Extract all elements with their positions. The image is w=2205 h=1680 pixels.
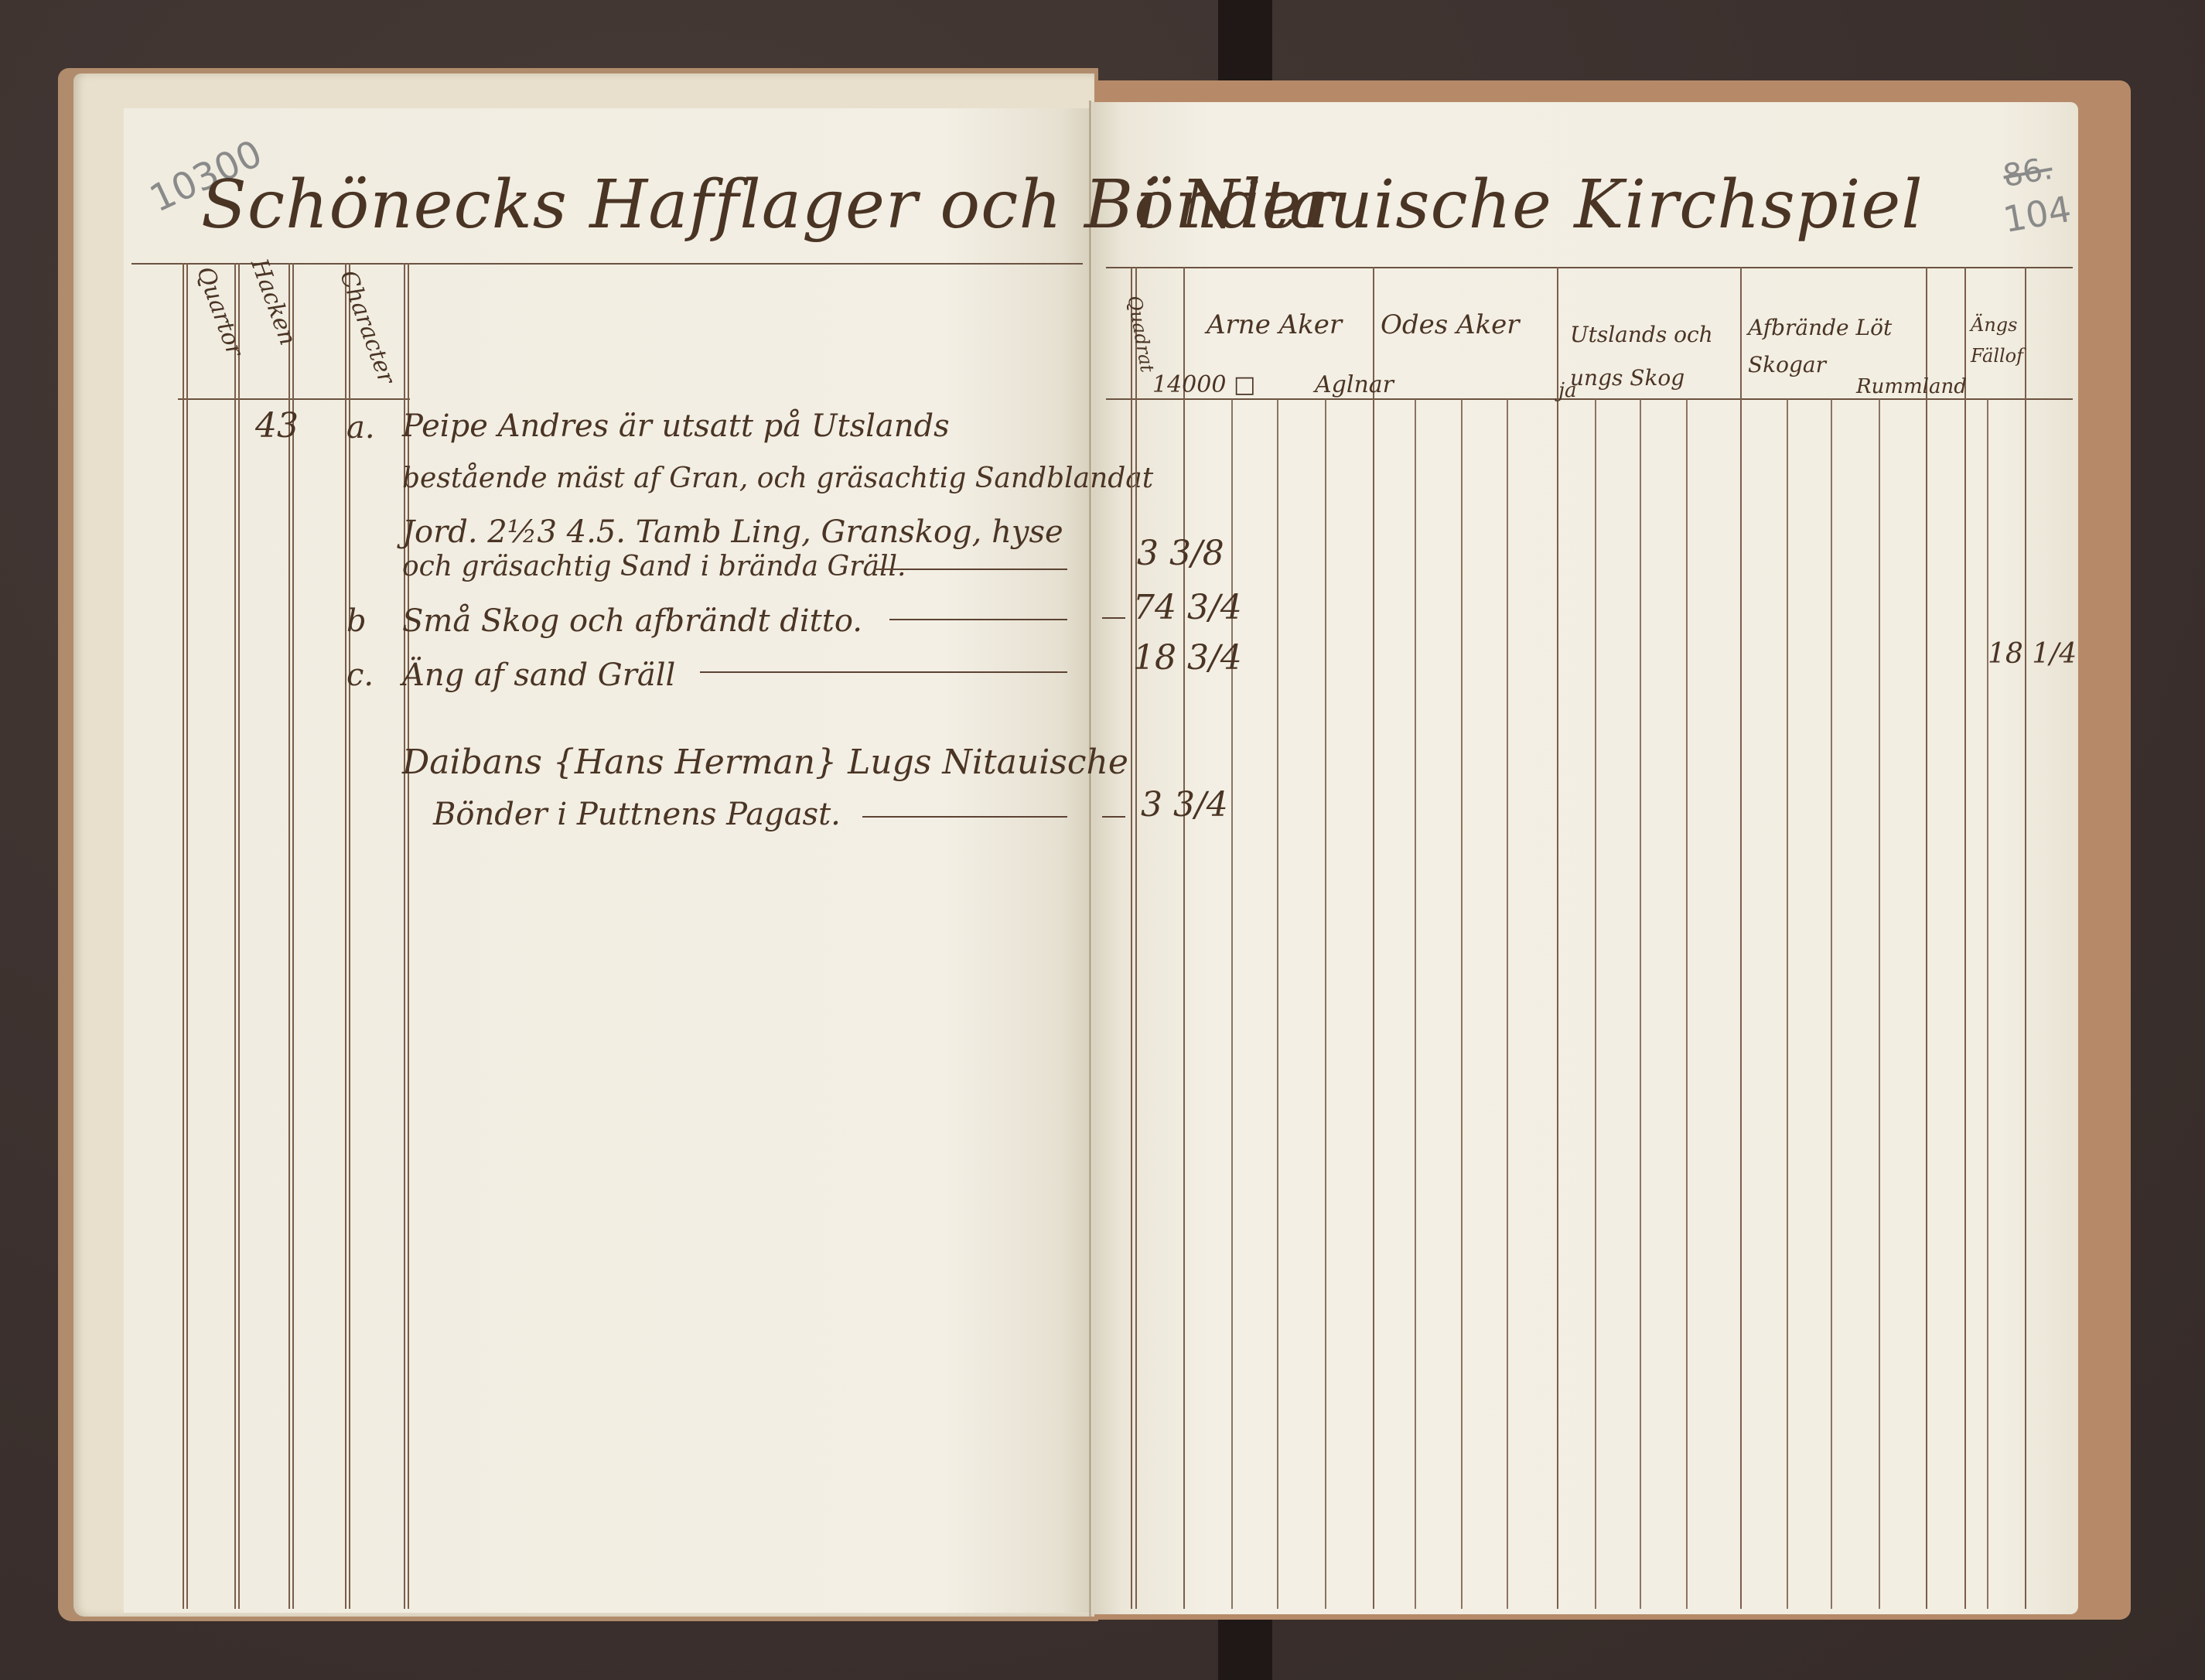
page-title-right: i Nitauische Kirchspiel: [1137, 166, 1923, 244]
value-quadrat-a: 3 3/8: [1137, 534, 1224, 573]
entry-c-rule: [700, 671, 1067, 673]
column-rule: [234, 263, 236, 1609]
entry-letter-c: c.: [346, 657, 374, 693]
column-subrule: [1461, 398, 1463, 1609]
column-subheader-ja: ja: [1558, 379, 1577, 402]
column-subrule: [1277, 398, 1278, 1609]
left-page: [124, 108, 1091, 1613]
value-quadrat-c: 18 3/4: [1133, 638, 1242, 678]
column-rule: [1183, 267, 1185, 1609]
entry-c-line-1: Äng af sand Gräll: [402, 657, 675, 693]
column-header-arne-aker: Arne Aker: [1207, 309, 1342, 340]
column-rule: [183, 263, 184, 1609]
entry-d-line-2: Bönder i Puttnens Pagast.: [433, 797, 841, 832]
entry-d-rule: [862, 816, 1067, 818]
column-header-angs: Ängs Fällof: [1971, 309, 2025, 371]
value-dash: [1102, 816, 1125, 818]
column-header-utslands: Utslands och ungs Skog: [1570, 313, 1740, 400]
book-gutter: [1089, 101, 1091, 1617]
column-rule: [2025, 267, 2026, 1609]
column-subrule: [1787, 398, 1788, 1609]
column-subrule: [1831, 398, 1832, 1609]
column-subrule: [1640, 398, 1641, 1609]
value-quadrat-b: 74 3/4: [1133, 588, 1242, 627]
column-rule: [292, 263, 294, 1609]
column-rule: [238, 263, 240, 1609]
column-rule: [1557, 267, 1558, 1609]
entry-letter-b: b: [346, 603, 367, 639]
column-header-odes-aker: Odes Aker: [1381, 309, 1520, 340]
column-subheader-rummland: Rummland: [1856, 375, 1967, 398]
entry-a-line-1: Peipe Andres är utsatt på Utslands: [402, 408, 950, 444]
binding-strip-top: [1218, 0, 1272, 85]
entry-a-line-4: och gräsachtig Sand i brända Gräll.: [402, 551, 906, 582]
header-rule-bottom-left: [178, 398, 410, 400]
column-subrule: [1987, 398, 1988, 1609]
column-subrule: [1686, 398, 1688, 1609]
column-rule: [345, 263, 346, 1609]
value-quadrat-daibans: 3 3/4: [1141, 785, 1228, 825]
column-subrule: [1879, 398, 1880, 1609]
column-rule: [288, 263, 290, 1609]
entry-d-line-1: Daibans {Hans Herman} Lugs Nitauische: [402, 743, 1128, 782]
column-subheader-quadrat: 14000 □: [1152, 371, 1255, 398]
column-subrule: [1231, 398, 1233, 1609]
column-rule: [1740, 267, 1742, 1609]
column-rule: [349, 263, 350, 1609]
column-rule: [186, 263, 188, 1609]
column-subrule: [1325, 398, 1326, 1609]
column-rule: [1373, 267, 1374, 1609]
header-rule-top-right: [1106, 267, 2073, 268]
column-header-afbrande: Afbrände Löt Skogar: [1748, 309, 1918, 384]
entry-a-rule: [874, 569, 1067, 570]
column-subrule: [1595, 398, 1596, 1609]
entry-number: 43: [255, 406, 299, 446]
entry-a-line-3: Jord. 2½3 4.5. Tamb Ling, Granskog, hyse: [402, 514, 1063, 550]
value-dash: [1102, 617, 1125, 619]
entry-b-line-1: Små Skog och afbrändt ditto.: [402, 603, 862, 639]
binding-strip-bottom: [1218, 1613, 1272, 1680]
column-subrule: [1415, 398, 1416, 1609]
column-rule: [1926, 267, 1927, 1609]
column-rule: [1135, 267, 1137, 1609]
entry-letter-a: a.: [346, 410, 375, 446]
entry-b-rule: [889, 619, 1067, 620]
entry-a-line-2: bestående mäst af Gran, och gräsachtig S…: [402, 463, 1153, 494]
value-angs-c: 18 1/4: [1988, 638, 2077, 670]
column-rule: [1131, 267, 1132, 1609]
column-rule: [1964, 267, 1966, 1609]
column-subheader-aglnar: Aglnar: [1315, 371, 1394, 398]
column-subrule: [1507, 398, 1508, 1609]
